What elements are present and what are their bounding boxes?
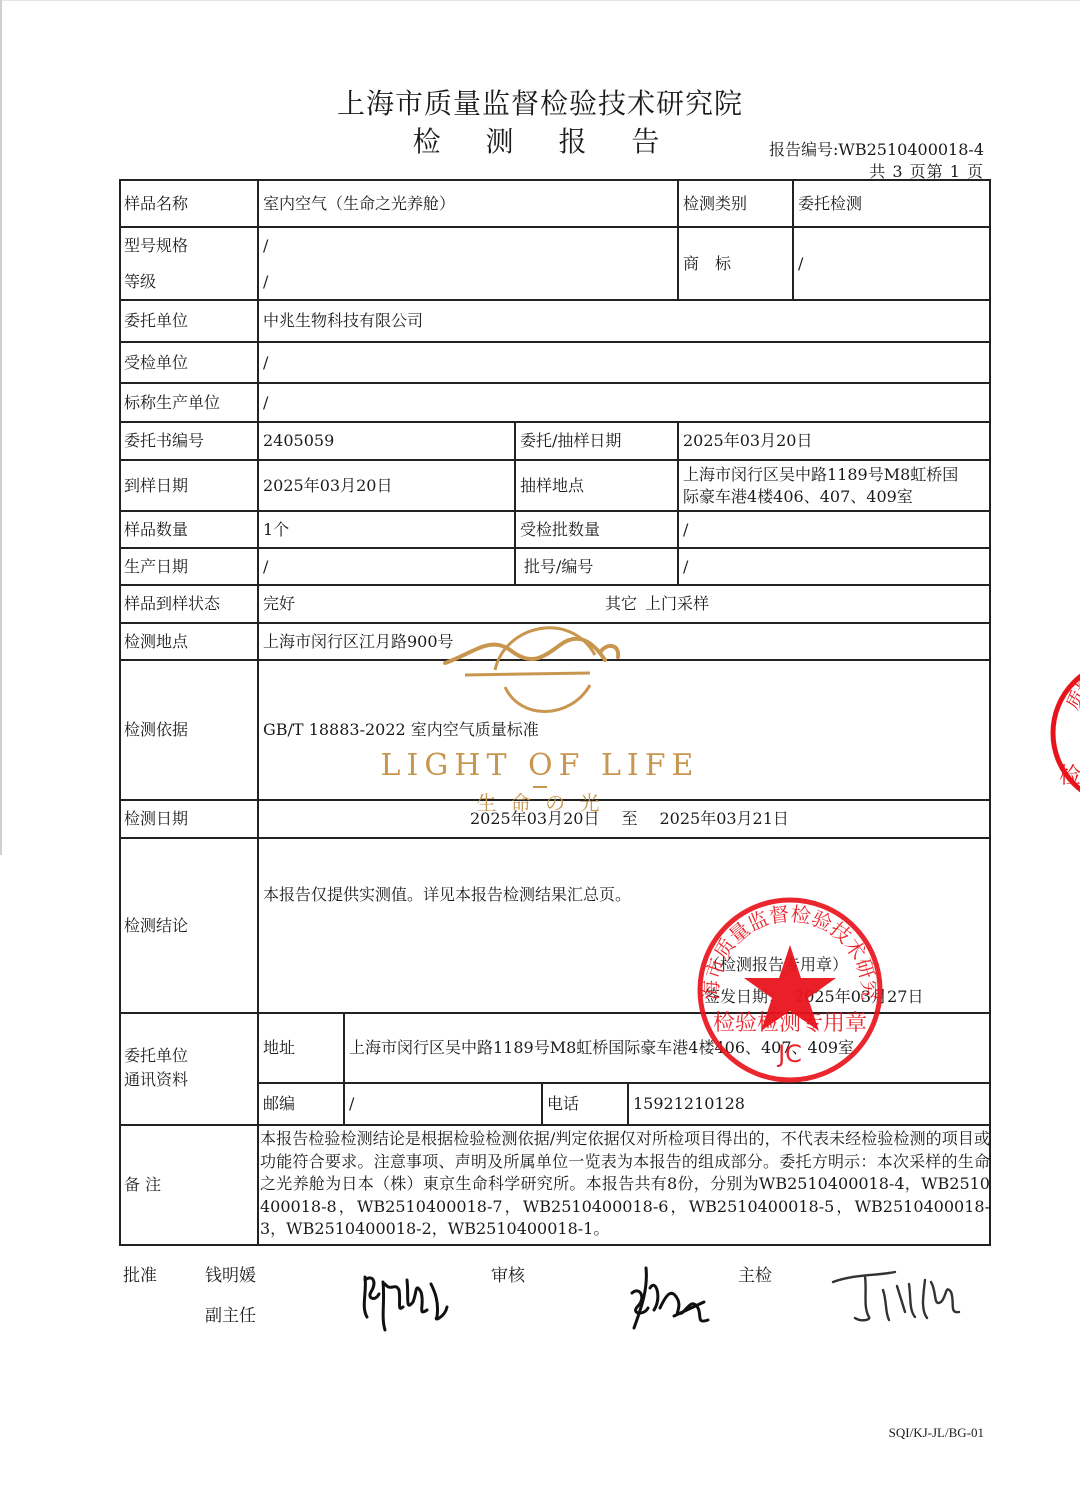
approve-label: 批准 bbox=[123, 1261, 157, 1286]
trademark-value: / bbox=[794, 228, 803, 299]
commission-no-value: 2405059 bbox=[259, 423, 334, 459]
issue-date-value: 2025年03月27日 bbox=[794, 986, 923, 1008]
nominal-manufacturer-value: / bbox=[259, 384, 268, 421]
batch-no-value: / bbox=[679, 549, 688, 584]
approver-signature-icon bbox=[355, 1262, 465, 1342]
sampling-location-line1: 上海市闵行区吴中路1189号M8虹桥国 bbox=[683, 464, 958, 486]
client-value: 中兆生物科技有限公司 bbox=[259, 301, 423, 341]
sample-name-value: 室内空气（生命之光养舱） bbox=[259, 181, 455, 226]
test-location-value: 上海市闵行区江月路900号 bbox=[259, 624, 454, 659]
report-number-value: WB2510400018-4 bbox=[838, 140, 984, 159]
sample-qty-value: 1个 bbox=[259, 512, 289, 547]
page-top-edge bbox=[0, 0, 1080, 1]
remarks-label: 备 注 bbox=[120, 1126, 161, 1244]
inspected-unit-value: / bbox=[259, 343, 268, 382]
reviewer-signature-icon bbox=[612, 1258, 722, 1338]
sampling-location-line2: 际豪车港4楼406、407、409室 bbox=[683, 486, 913, 508]
inspected-unit-label: 受检单位 bbox=[120, 343, 188, 382]
production-date-label: 生产日期 bbox=[120, 549, 188, 584]
organization-title: 上海市质量监督检验技术研究院 bbox=[0, 82, 1080, 122]
sampling-location-label: 抽样地点 bbox=[516, 461, 584, 510]
postcode-label: 邮编 bbox=[259, 1084, 295, 1124]
sampling-location-value: 上海市闵行区吴中路1189号M8虹桥国 际豪车港4楼406、407、409室 bbox=[679, 461, 958, 510]
grade-label: 等级 bbox=[120, 264, 156, 300]
sample-name-label: 样品名称 bbox=[120, 181, 188, 226]
model-label: 型号规格 bbox=[120, 228, 188, 264]
svg-text:质量: 质量 bbox=[1062, 672, 1080, 714]
test-date-label: 检测日期 bbox=[120, 801, 188, 837]
postcode-value: / bbox=[345, 1084, 354, 1124]
commission-date-label: 委托/抽样日期 bbox=[516, 423, 621, 459]
address-value: 上海市闵行区吴中路1189号M8虹桥国际豪车港4楼406、407、409室 bbox=[345, 1014, 854, 1082]
conclusion-value: 本报告仅提供实测值。详见本报告检测结果汇总页。 bbox=[259, 880, 631, 910]
test-date-to-word: 至 bbox=[621, 808, 637, 830]
commission-no-label: 委托书编号 bbox=[120, 423, 204, 459]
production-date-value: / bbox=[259, 549, 268, 584]
arrival-date-value: 2025年03月20日 bbox=[259, 461, 392, 510]
phone-label: 电话 bbox=[543, 1084, 579, 1124]
sample-state-label: 样品到样状态 bbox=[120, 586, 220, 622]
batch-qty-value: / bbox=[679, 512, 688, 547]
model-value: / bbox=[259, 228, 268, 264]
phone-value: 15921210128 bbox=[629, 1084, 745, 1124]
batch-no-label: 批号/编号 bbox=[520, 549, 593, 584]
seam-seal-icon: 检验 质量 bbox=[1045, 658, 1080, 808]
nominal-manufacturer-label: 标称生产单位 bbox=[120, 384, 220, 421]
svg-text:上海市质量监督检验技术研究院: 上海市质量监督检验技术研究院 bbox=[690, 890, 881, 1001]
issue-date: 签发日期： 2025年03月27日 bbox=[700, 985, 923, 1009]
client-label: 委托单位 bbox=[120, 301, 188, 341]
report-number-label: 报告编号: bbox=[769, 140, 838, 159]
seal-ring-text: 上海市质量监督检验技术研究院 bbox=[690, 890, 881, 1001]
grade-value: / bbox=[259, 264, 268, 300]
batch-qty-label: 受检批数量 bbox=[516, 512, 600, 547]
arrival-date-label: 到样日期 bbox=[120, 461, 188, 510]
address-label: 地址 bbox=[259, 1014, 295, 1082]
test-category-value: 委托检测 bbox=[794, 181, 862, 226]
conclusion-label: 检测结论 bbox=[120, 839, 188, 1012]
contact-label-line2: 通讯资料 bbox=[120, 1068, 188, 1092]
trademark-label: 商 标 bbox=[679, 228, 731, 299]
test-date-from: 2025年03月20日 bbox=[470, 808, 599, 830]
other-field: 其它 上门采样 bbox=[601, 586, 709, 622]
test-basis-value: GB/T 18883-2022 室内空气质量标准 bbox=[259, 661, 539, 799]
sample-qty-label: 样品数量 bbox=[120, 512, 188, 547]
remarks-text: 本报告检验检测结论是根据检验检测依据/判定依据仅对所检项目得出的，不代表未经检验… bbox=[260, 1128, 990, 1241]
seal-text: （检测报告专用章） bbox=[700, 953, 848, 977]
approver-title: 副主任 bbox=[205, 1301, 256, 1326]
svg-text:检验: 检验 bbox=[1059, 764, 1080, 789]
other-value: 上门采样 bbox=[645, 593, 709, 615]
test-basis-label: 检测依据 bbox=[120, 661, 188, 799]
test-date-to: 2025年03月21日 bbox=[659, 808, 788, 830]
issue-date-label: 签发日期： bbox=[704, 986, 784, 1008]
test-location-label: 检测地点 bbox=[120, 624, 188, 659]
review-label: 审核 bbox=[491, 1261, 525, 1286]
inspector-signature-icon bbox=[825, 1262, 975, 1332]
sample-state-value: 完好 bbox=[259, 586, 295, 622]
form-code: SQI/KJ-JL/BG-01 bbox=[889, 1425, 984, 1441]
test-date-value: 2025年03月20日 至 2025年03月21日 bbox=[466, 801, 789, 837]
inspector-label: 主检 bbox=[738, 1261, 772, 1286]
test-category-label: 检测类别 bbox=[679, 181, 747, 226]
other-label: 其它 bbox=[605, 593, 637, 615]
report-number: 报告编号:WB2510400018-4 bbox=[769, 137, 984, 160]
approver-name: 钱明媛 bbox=[205, 1261, 256, 1286]
commission-date-value: 2025年03月20日 bbox=[679, 423, 812, 459]
contact-label-line1: 委托单位 bbox=[120, 1044, 188, 1068]
